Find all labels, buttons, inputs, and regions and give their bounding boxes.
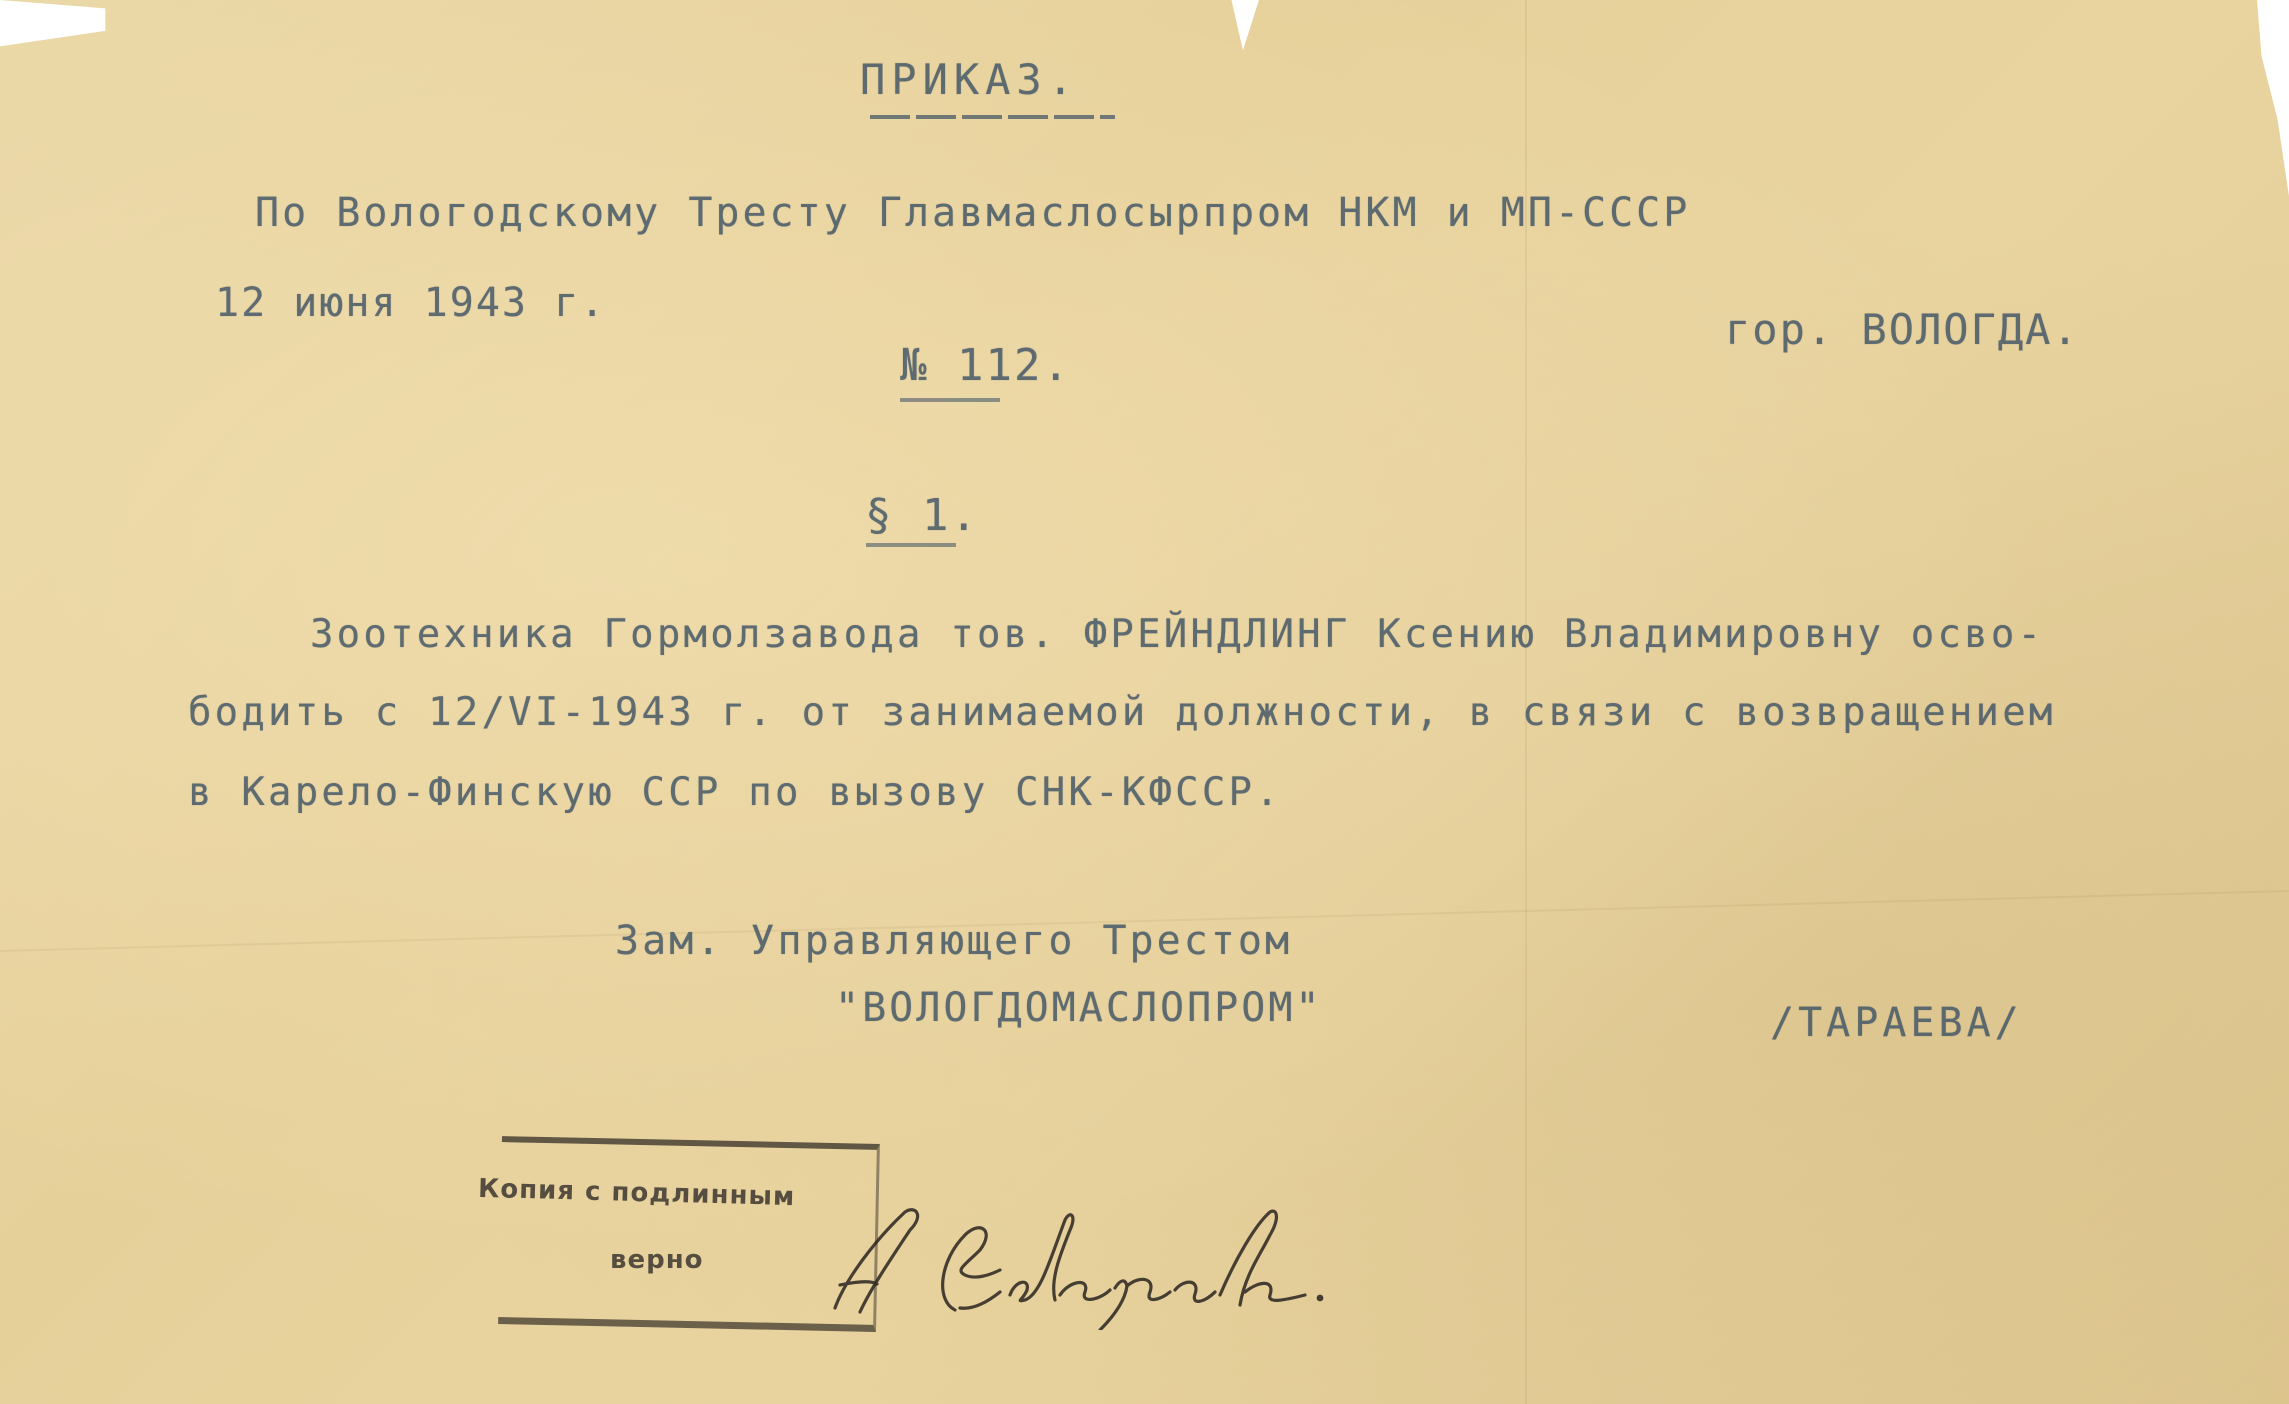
signatory-name: /ТАРАЕВА/ — [1770, 1000, 2023, 1046]
organization-line: По Вологодскому Тресту Главмаслосырпром … — [255, 190, 1690, 236]
body-line: бодить с 12/VI-1943 г. от занимаемой дол… — [188, 690, 2056, 735]
document-date: 12 июня 1943 г. — [215, 280, 606, 326]
order-number: № 112. — [900, 340, 1071, 391]
section-mark: § 1. — [865, 490, 979, 541]
signatory-title: Зам. Управляющего Трестом — [615, 918, 1292, 964]
section-underline — [866, 543, 956, 547]
order-number-underline — [900, 398, 1000, 402]
body-line: в Карело-Финскую ССР по вызову СНК-КФССР… — [188, 770, 1282, 815]
signatory-organization: "ВОЛОГДОМАСЛОПРОМ" — [835, 985, 1322, 1031]
title-underline — [870, 115, 1115, 119]
document-city: гор. ВОЛОГДА. — [1725, 305, 2080, 354]
body-line: Зоотехника Гормолзавода тов. ФРЕЙНДЛИНГ … — [310, 612, 2044, 657]
stamp-text-line-2: верно — [610, 1245, 704, 1275]
document-title: ПРИКАЗ. — [860, 55, 1079, 104]
handwritten-signature — [815, 1200, 1335, 1330]
